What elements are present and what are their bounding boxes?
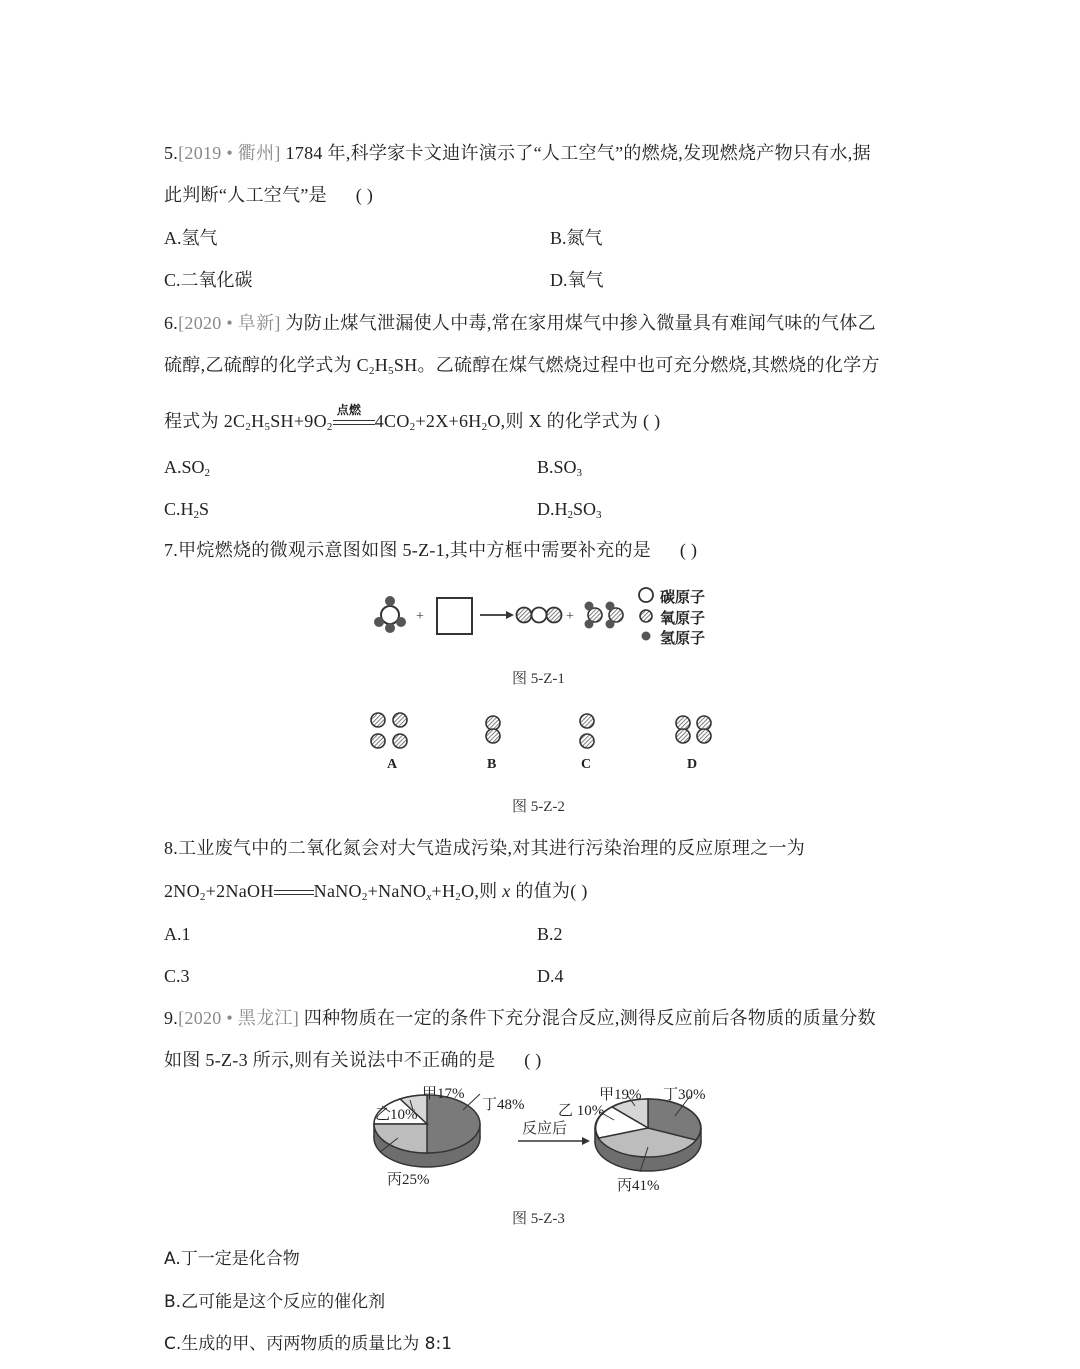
choice-b-icon [486, 716, 500, 743]
figure-caption: 图 5-Z-1 [512, 667, 565, 688]
q6-equation-line: 程式为 2C2H5SH+9O2点燃4CO2+2X+6H2O,则 X 的化学式为 … [164, 409, 660, 433]
q9-stem-line2: 如图 5-Z-3 所示,则有关说法中不正确的是 ( ) [164, 1048, 542, 1072]
q7-stem: 7.甲烷燃烧的微观示意图如图 5-Z-1,其中方框中需要补充的是 ( ) [164, 538, 697, 562]
q8-equation-line: 2NO2+2NaOHNaNO2+NaNOx+H2O,则 x 的值为( ) [164, 879, 588, 903]
q8-option-d: D.4 [537, 964, 564, 988]
pie-after-label-ding: 丁30% [663, 1083, 706, 1104]
blank-box [437, 598, 472, 634]
pie-before-label-jia: 甲17% [422, 1082, 465, 1103]
svg-text:+: + [566, 609, 574, 624]
question-number: 5. [164, 143, 178, 163]
methane-molecule-icon [374, 596, 406, 633]
choice-b-label: B [487, 757, 496, 773]
q6-stem-line1: 6.[2020 • 阜新] 为防止煤气泄漏使人中毒,常在家用煤气中掺入微量具有难… [164, 311, 876, 335]
arrow-label: 反应后 [522, 1117, 567, 1138]
reaction-equals-sign: 点燃 [333, 416, 375, 430]
choice-a-icon [371, 713, 407, 748]
legend-oxygen: 氧原子 [660, 607, 705, 628]
q5-option-d: D.氧气 [550, 268, 604, 292]
q6-source-tag: [2020 • 阜新] [178, 313, 281, 333]
answer-blank: ( ) [680, 540, 697, 560]
choice-d-label: D [687, 757, 697, 773]
pie-after-reaction [595, 1099, 701, 1171]
q5-source-tag: [2019 • 衢州] [178, 143, 281, 163]
carbon-atom-icon [639, 588, 653, 602]
q6-option-c: C.H2S [164, 497, 209, 521]
q8-option-c: C.3 [164, 964, 190, 988]
figure-5-z-2-choices [360, 705, 730, 753]
answer-blank: ( ) [524, 1050, 541, 1070]
q6-stem-line2: 硫醇,乙硫醇的化学式为 C2H5SH。乙硫醇在煤气燃烧过程中也可充分燃烧,其燃烧… [164, 353, 880, 377]
reaction-equals-sign [274, 889, 314, 897]
answer-blank: ( ) [356, 185, 373, 205]
figure-caption: 图 5-Z-3 [512, 1207, 565, 1228]
pie-before-label-ding: 丁48% [482, 1093, 525, 1114]
choice-a-label: A [387, 757, 397, 773]
legend-carbon: 碳原子 [660, 586, 705, 607]
figure-caption: 图 5-Z-2 [512, 795, 565, 816]
water-molecule-icon [585, 602, 603, 629]
q5-stem-line1: 5.[2019 • 衢州] 1784 年,科学家卡文迪许演示了“人工空气”的燃烧… [164, 141, 871, 165]
pie-before-label-yi: 乙10% [375, 1103, 418, 1124]
choice-c-icon [580, 714, 594, 748]
answer-blank: ( ) [643, 411, 660, 431]
q9-option-c: C.生成的甲、丙两物质的质量比为 8:1 [164, 1332, 452, 1356]
q6-option-a: A.SO2 [164, 455, 210, 479]
q5-stem-line2: 此判断“人工空气”是 ( ) [164, 183, 373, 207]
pie-before-label-bing: 丙25% [387, 1168, 430, 1189]
q9-stem-line1: 9.[2020 • 黑龙江] 四种物质在一定的条件下充分混合反应,测得反应前后各… [164, 1006, 876, 1030]
choice-d-icon [676, 716, 711, 743]
q8-option-b: B.2 [537, 922, 563, 946]
q6-option-b: B.SO3 [537, 455, 582, 479]
q8-stem-line1: 8.工业废气中的二氧化氮会对大气造成污染,对其进行污染治理的反应原理之一为 [164, 836, 805, 860]
q5-option-c: C.二氧化碳 [164, 268, 253, 292]
water-molecule-icon [606, 602, 624, 629]
choice-c-label: C [581, 757, 591, 773]
q5-option-b: B.氮气 [550, 226, 603, 250]
legend-hydrogen: 氢原子 [660, 627, 705, 648]
pie-after-label-bing: 丙41% [617, 1174, 660, 1195]
q9-option-b: B.乙可能是这个反应的催化剂 [164, 1290, 385, 1314]
q6-option-d: D.H2SO3 [537, 497, 602, 521]
pie-after-label-jia: 甲19% [599, 1083, 642, 1104]
q9-option-a: A.丁一定是化合物 [164, 1247, 300, 1271]
q9-source-tag: [2020 • 黑龙江] [178, 1008, 299, 1028]
oxygen-atom-icon [640, 610, 652, 622]
svg-text:+: + [416, 609, 424, 624]
hydrogen-atom-icon [642, 632, 651, 641]
co2-molecule-icon [517, 608, 562, 623]
q8-option-a: A.1 [164, 922, 191, 946]
answer-blank: ( ) [570, 881, 587, 901]
pie-after-label-yi: 乙 10% [558, 1099, 604, 1120]
q5-option-a: A.氢气 [164, 226, 218, 250]
